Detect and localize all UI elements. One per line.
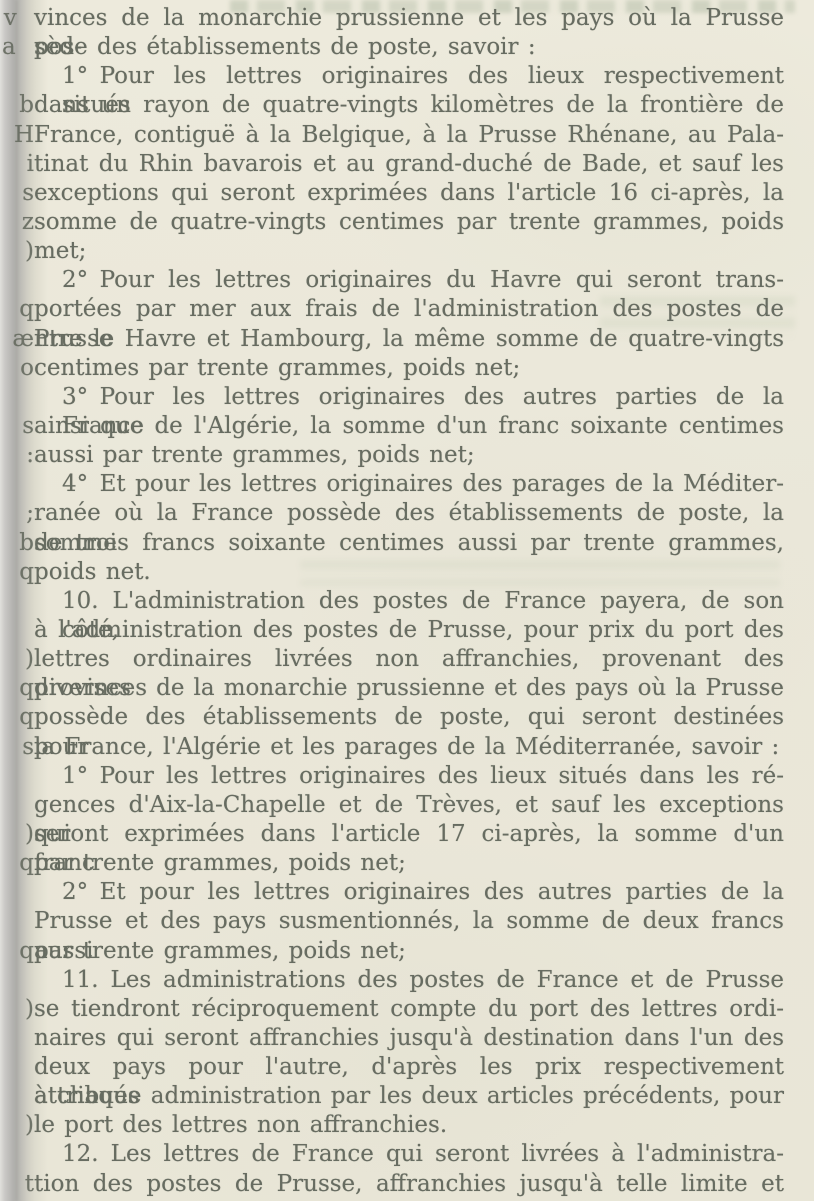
- gutter-bleed-artifact: b: [19, 91, 34, 120]
- gutter-bleed-artifact: q: [19, 849, 34, 878]
- gutter-bleed-artifact: q: [19, 674, 34, 703]
- line-text: met;: [34, 238, 86, 264]
- line-text: 2° Pour les lettres originaires du Havre…: [62, 267, 784, 293]
- text-line: bde trois francs soixante centimes aussi…: [34, 529, 784, 558]
- gutter-bleed-artifact: ): [25, 1111, 34, 1140]
- line-text: naires qui seront affranchies jusqu'à de…: [34, 1025, 784, 1051]
- line-text: 11. Les administrations des postes de Fr…: [62, 967, 784, 993]
- line-text: aussi par trente grammes, poids net;: [34, 442, 475, 468]
- gutter-bleed-artifact: t: [25, 1170, 34, 1199]
- text-line: 3° Pour les lettres originaires des autr…: [34, 383, 784, 412]
- gutter-bleed-artifact: s: [22, 412, 34, 441]
- text-line: 2° Et pour les lettres originaires des a…: [34, 878, 784, 907]
- text-line: Prusse et des pays susmentionnés, la som…: [34, 907, 784, 936]
- line-text: de trois francs soixante centimes aussi …: [34, 530, 784, 556]
- text-line: 1° Pour les lettres originaires des lieu…: [34, 62, 784, 91]
- page-text-block: v vinces de la monarchie prussienne et l…: [34, 4, 784, 1199]
- line-text: à l'administration des postes de Prusse,…: [34, 617, 784, 643]
- line-text: tinat du Rhin bavarois et au grand-duché…: [34, 151, 784, 177]
- text-line: naires qui seront affranchies jusqu'à de…: [34, 1024, 784, 1053]
- gutter-bleed-artifact: b: [19, 529, 34, 558]
- gutter-bleed-artifact: H: [14, 121, 34, 150]
- line-text: 12. Les lettres de France qui seront liv…: [62, 1141, 784, 1167]
- line-text: sède des établissements de poste, savoir…: [34, 34, 536, 60]
- text-line: deux pays pour l'autre, d'après les prix…: [34, 1053, 784, 1082]
- text-line: HFrance, contiguë à la Belgique, à la Pr…: [34, 121, 784, 150]
- gutter-bleed-artifact: :: [26, 441, 34, 470]
- gutter-bleed-artifact: z: [22, 208, 34, 237]
- line-text: 2° Et pour les lettres originaires des a…: [62, 879, 784, 905]
- gutter-bleed-artifact: v: [4, 4, 25, 33]
- line-text: ainsi que de l'Algérie, la somme d'un fr…: [34, 413, 784, 439]
- gutter-bleed-artifact: ;: [26, 499, 34, 528]
- text-line: 2° Pour les lettres originaires du Havre…: [34, 266, 784, 295]
- text-line: sla France, l'Algérie et les parages de …: [34, 733, 784, 762]
- line-text: 1° Pour les lettres originaires des lieu…: [62, 763, 784, 789]
- line-text: dans un rayon de quatre-vingts kilomètre…: [34, 92, 784, 118]
- text-line: 1° Pour les lettres originaires des lieu…: [34, 762, 784, 791]
- text-line: qpar trente grammes, poids net;: [34, 849, 784, 878]
- line-text: provinces de la monarchie prussienne et …: [34, 675, 784, 701]
- text-line: qpossède des établissements de poste, qu…: [34, 703, 784, 732]
- line-text: centimes par trente grammes, poids net;: [34, 355, 520, 381]
- line-text: par trente grammes, poids net;: [34, 850, 406, 876]
- text-line: a sède des établissements de poste, savo…: [34, 33, 784, 62]
- gutter-streak-artifact: [15, 0, 18, 1201]
- line-text: France, contiguë à la Belgique, à la Pru…: [34, 122, 784, 148]
- gutter-bleed-artifact: q: [19, 295, 34, 324]
- line-text: à chaque administration par les deux art…: [34, 1083, 784, 1109]
- text-line: qprovinces de la monarchie prussienne et…: [34, 674, 784, 703]
- text-line: :aussi par trente grammes, poids net;: [34, 441, 784, 470]
- line-text: se tiendront réciproquement compte du po…: [34, 996, 784, 1022]
- gutter-bleed-artifact: ): [25, 995, 34, 1024]
- line-text: somme de quatre-vingts centimes par tren…: [34, 209, 784, 235]
- line-text: ntre le Havre et Hambourg, la même somme…: [34, 326, 784, 352]
- text-line: 12. Les lettres de France qui seront liv…: [34, 1140, 784, 1169]
- text-line: ;ranée où la France possède des établiss…: [34, 499, 784, 528]
- text-line: sexceptions qui seront exprimées dans l'…: [34, 179, 784, 208]
- text-line: qportées par mer aux frais de l'administ…: [34, 295, 784, 324]
- text-line: v vinces de la monarchie prussienne et l…: [34, 4, 784, 33]
- text-line: )le port des lettres non affranchies.: [34, 1111, 784, 1140]
- text-line: à l'administration des postes de Prusse,…: [34, 616, 784, 645]
- text-line: itinat du Rhin bavarois et au grand-duch…: [34, 150, 784, 179]
- gutter-bleed-artifact: ): [25, 237, 34, 266]
- line-text: par trente grammes, poids net;: [34, 938, 406, 964]
- text-line: gences d'Aix-la-Chapelle et de Trèves, e…: [34, 791, 784, 820]
- gutter-bleed-artifact: s: [22, 179, 34, 208]
- line-text: la France, l'Algérie et les parages de l…: [34, 734, 779, 760]
- text-line: æntre le Havre et Hambourg, la même somm…: [34, 325, 784, 354]
- line-text: 4° Et pour les lettres originaires des p…: [62, 471, 784, 497]
- text-line: à chaque administration par les deux art…: [34, 1082, 784, 1111]
- text-line: qpar trente grammes, poids net;: [34, 937, 784, 966]
- gutter-bleed-artifact: q: [19, 937, 34, 966]
- gutter-bleed-artifact: s: [22, 733, 34, 762]
- text-line: 10. L'administration des postes de Franc…: [34, 587, 784, 616]
- text-line: ttion des postes de Prusse, affranchies …: [34, 1170, 784, 1199]
- gutter-bleed-artifact: q: [19, 703, 34, 732]
- text-line: 11. Les administrations des postes de Fr…: [34, 966, 784, 995]
- line-text: exceptions qui seront exprimées dans l'a…: [34, 180, 784, 206]
- text-line: bdans un rayon de quatre-vingts kilomètr…: [34, 91, 784, 120]
- line-text: poids net.: [34, 559, 151, 585]
- text-line: )seront exprimées dans l'article 17 ci-a…: [34, 820, 784, 849]
- line-text: tion des postes de Prusse, affranchies j…: [34, 1171, 784, 1197]
- gutter-bleed-artifact: ): [25, 820, 34, 849]
- gutter-bleed-artifact: o: [20, 354, 34, 383]
- text-line: zsomme de quatre-vingts centimes par tre…: [34, 208, 784, 237]
- gutter-bleed-artifact: æ: [12, 325, 34, 354]
- text-line: )lettres ordinaires livrées non affranch…: [34, 645, 784, 674]
- text-line: )met;: [34, 237, 784, 266]
- gutter-bleed-artifact: ): [25, 645, 34, 674]
- gutter-bleed-artifact: i: [27, 150, 34, 179]
- text-line: )se tiendront réciproquement compte du p…: [34, 995, 784, 1024]
- line-text: le port des lettres non affranchies.: [34, 1112, 447, 1138]
- text-line: 4° Et pour les lettres originaires des p…: [34, 470, 784, 499]
- text-line: qpoids net.: [34, 558, 784, 587]
- text-line: ocentimes par trente grammes, poids net;: [34, 354, 784, 383]
- gutter-bleed-artifact: q: [19, 558, 34, 587]
- text-line: sainsi que de l'Algérie, la somme d'un f…: [34, 412, 784, 441]
- gutter-bleed-artifact: a: [2, 33, 25, 62]
